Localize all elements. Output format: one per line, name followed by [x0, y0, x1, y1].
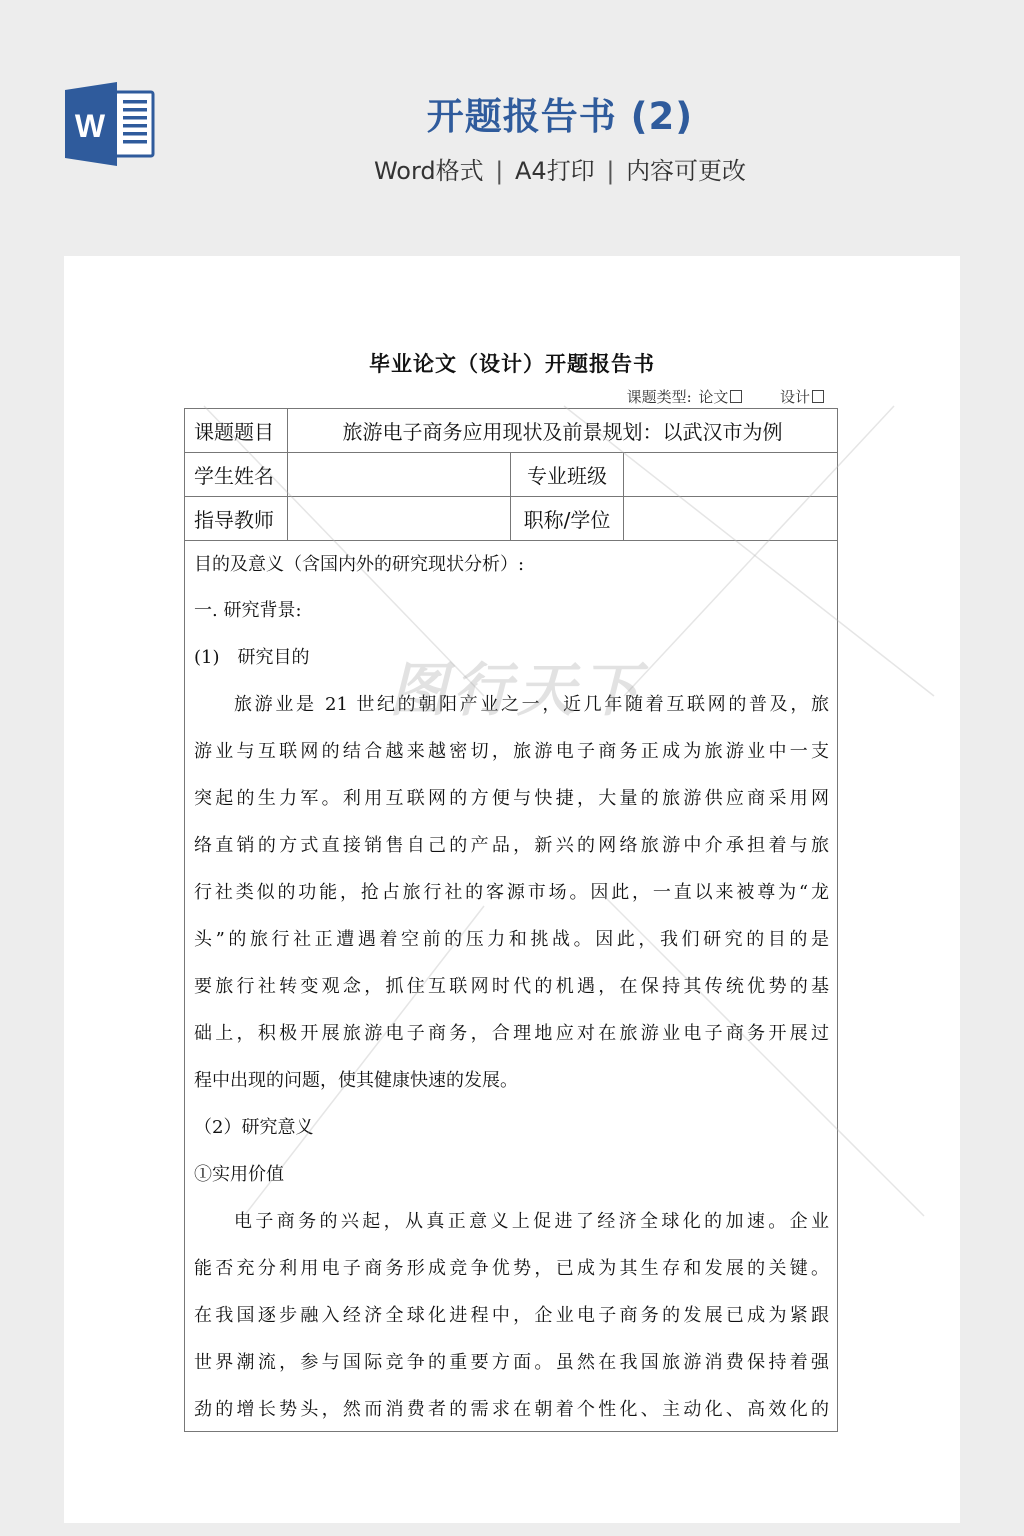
subsection-heading: ①实用价值: [194, 1151, 829, 1198]
subsection-heading: （2）研究意义: [194, 1104, 829, 1151]
paragraph-line: 头”的旅行社正遭遇着空前的压力和挑战。因此，我们研究的目的是: [194, 916, 829, 963]
topic-type-label: 课题类型:: [627, 388, 692, 406]
section-heading: 目的及意义（含国内外的研究现状分析）:: [194, 541, 829, 587]
advisor-label: 指导教师: [185, 497, 288, 540]
subsection-heading: 一. 研究背景:: [194, 587, 829, 634]
subtitle-separator: |: [606, 157, 614, 185]
advisor-field[interactable]: [288, 497, 511, 540]
paragraph-line: 电子商务的兴起，从真正意义上促进了经济全球化的加速。企业: [194, 1198, 829, 1245]
paragraph-line: 础上，积极开展旅游电子商务，合理地应对在旅游业电子商务开展过: [194, 1010, 829, 1057]
document-title: 毕业论文（设计）开题报告书: [64, 348, 960, 378]
paragraph-line: 络直销的方式直接销售自己的产品，新兴的网络旅游中介承担着与旅: [194, 822, 829, 869]
option-thesis[interactable]: 论文: [698, 388, 747, 406]
page-subtitle: Word格式 | A4打印 | 内容可更改: [300, 152, 820, 190]
paragraph-line: 突起的生力军。利用互联网的方便与快捷，大量的旅游供应商采用网: [194, 775, 829, 822]
paragraph-line: 旅游业是 21 世纪的朝阳产业之一，近几年随着互联网的普及，旅: [194, 681, 829, 728]
topic-value[interactable]: 旅游电子商务应用现状及前景规划：以武汉市为例: [288, 409, 837, 452]
major-class-field[interactable]: [624, 453, 837, 496]
subtitle-separator: |: [495, 157, 503, 185]
proposal-form-table: 课题题目 旅游电子商务应用现状及前景规划：以武汉市为例 学生姓名 专业班级 指导…: [184, 408, 838, 1432]
page-title: 开题报告书 (2): [300, 92, 820, 142]
topic-type-selector: 课题类型: 论文 设计: [627, 386, 824, 407]
table-row-student: 学生姓名 专业班级: [185, 453, 837, 497]
major-class-label: 专业班级: [511, 453, 624, 496]
paragraph-line: 能否充分利用电子商务形成竞争优势，已成为其生存和发展的关键。: [194, 1245, 829, 1292]
paragraph-line: 世界潮流，参与国际竞争的重要方面。虽然在我国旅游消费保持着强: [194, 1339, 829, 1386]
table-row-topic: 课题题目 旅游电子商务应用现状及前景规划：以武汉市为例: [185, 409, 837, 453]
paragraph-line: 程中出现的问题，使其健康快速的发展。: [194, 1057, 829, 1104]
title-degree-field[interactable]: [624, 497, 837, 540]
svg-text:W: W: [75, 108, 106, 144]
subtitle-format: Word格式: [374, 157, 484, 185]
design-checkbox[interactable]: [812, 390, 824, 403]
title-degree-label: 职称/学位: [511, 497, 624, 540]
paragraph-line: 要旅行社转变观念，抓住互联网时代的机遇，在保持其传统优势的基: [194, 963, 829, 1010]
word-doc-icon: W: [65, 82, 157, 166]
paragraph-line: 劲的增长势头，然而消费者的需求在朝着个性化、主动化、高效化的: [194, 1386, 829, 1433]
paragraph-line: 游业与互联网的结合越来越密切，旅游电子商务正成为旅游业中一支: [194, 728, 829, 775]
table-row-advisor: 指导教师 职称/学位: [185, 497, 837, 541]
thesis-checkbox[interactable]: [730, 390, 742, 403]
paragraph-line: 在我国逐步融入经济全球化进程中，企业电子商务的发展已成为紧跟: [194, 1292, 829, 1339]
paragraph-line: 行社类似的功能，抢占旅行社的客源市场。因此，一直以来被尊为“龙: [194, 869, 829, 916]
subsection-heading: (1) 研究目的: [194, 634, 829, 681]
option-design[interactable]: 设计: [780, 388, 824, 406]
subtitle-editable: 内容可更改: [626, 157, 746, 185]
student-name-label: 学生姓名: [185, 453, 288, 496]
purpose-significance-section: 目的及意义（含国内外的研究现状分析）: 一. 研究背景: (1) 研究目的 旅游…: [185, 541, 837, 1433]
subtitle-print: A4打印: [515, 157, 595, 185]
student-name-field[interactable]: [288, 453, 511, 496]
topic-label: 课题题目: [185, 409, 288, 452]
document-page: 毕业论文（设计）开题报告书 课题类型: 论文 设计 课题题目 旅游电子商务应用现…: [64, 256, 960, 1523]
